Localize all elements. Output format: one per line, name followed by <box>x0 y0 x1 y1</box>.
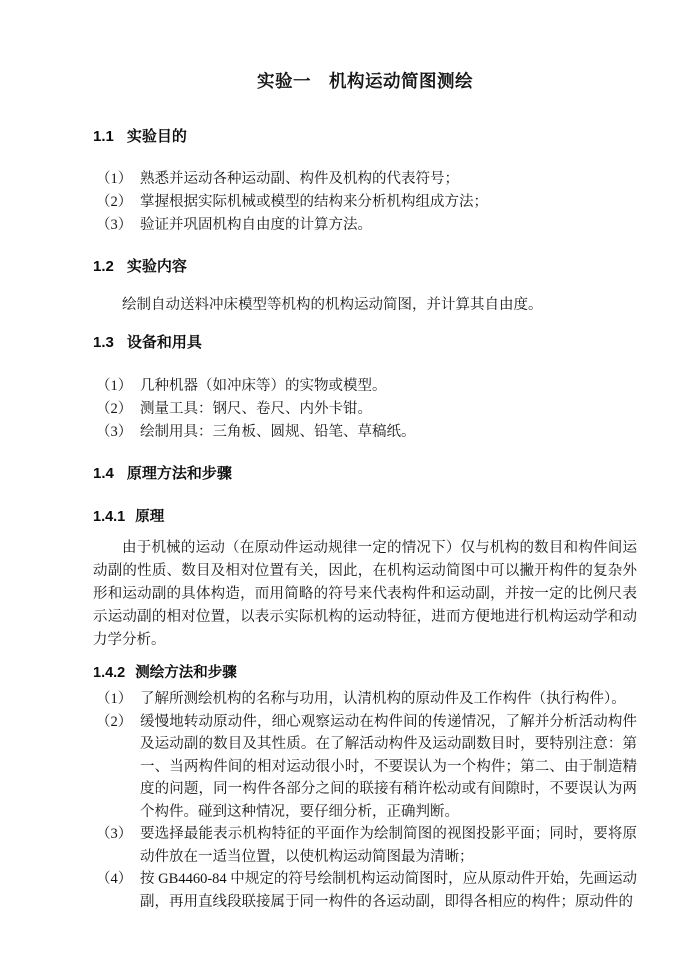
list-item: （2） 测量工具：钢尺、卷尺、内外卡钳。 <box>93 398 637 421</box>
section-title: 设备和用具 <box>127 334 202 352</box>
section-heading-1-4-1: 1.4.1 原理 <box>93 508 637 526</box>
item-text: 绘制用具：三角板、圆规、铅笔、草稿纸。 <box>140 421 637 444</box>
list-item: （4） 按 GB4460-84 中规定的符号绘制机构运动简图时，应从原动件开始，… <box>93 868 637 913</box>
item-text: 按 GB4460-84 中规定的符号绘制机构运动简图时，应从原动件开始，先画运动… <box>140 868 637 913</box>
section-number: 1.4.2 <box>93 664 125 682</box>
steps-list: （1） 了解所测绘机构的名称与功用，认清机构的原动件及工作构件（执行构件）。 （… <box>93 688 637 913</box>
item-marker: （1） <box>93 688 140 711</box>
list-item: （3） 验证并巩固机构自由度的计算方法。 <box>93 214 637 237</box>
item-text: 几种机器（如冲床等）的实物或模型。 <box>140 375 637 398</box>
item-marker: （3） <box>93 823 140 868</box>
item-text: 缓慢地转动原动件，细心观察运动在构件间的传递情况，了解并分析活动构件及运动副的数… <box>140 711 637 824</box>
list-item: （3） 绘制用具：三角板、圆规、铅笔、草稿纸。 <box>93 421 637 444</box>
section-number: 1.2 <box>93 258 114 276</box>
item-text: 掌握根据实际机械或模型的结构来分析机构组成方法； <box>140 191 637 214</box>
item-marker: （2） <box>93 711 140 824</box>
list-item: （1） 熟悉并运动各种运动副、构件及机构的代表符号； <box>93 168 637 191</box>
document-page: 实验一 机构运动简图测绘 1.1 实验目的 （1） 熟悉并运动各种运动副、构件及… <box>0 0 696 968</box>
principle-paragraph: 由于机械的运动（在原动件运动规律一定的情况下）仅与机构的数目和构件间运动副的性质… <box>93 537 637 652</box>
list-item: （3） 要选择最能表示机构特征的平面作为绘制简图的视图投影平面；同时，要将原动件… <box>93 823 637 868</box>
section-title: 实验目的 <box>127 128 187 146</box>
item-text: 要选择最能表示机构特征的平面作为绘制简图的视图投影平面；同时，要将原动件放在一适… <box>140 823 637 868</box>
section-number: 1.1 <box>93 128 114 146</box>
content-paragraph: 绘制自动送料冲床模型等机构的机构运动简图，并计算其自由度。 <box>93 294 637 317</box>
item-marker: （2） <box>93 398 140 421</box>
item-marker: （1） <box>93 375 140 398</box>
section-number: 1.4.1 <box>93 508 125 526</box>
section-heading-1-2: 1.2 实验内容 <box>93 258 637 276</box>
item-marker: （2） <box>93 191 140 214</box>
section-title: 原理方法和步骤 <box>127 465 232 483</box>
document-title: 实验一 机构运动简图测绘 <box>93 70 637 92</box>
section-number: 1.3 <box>93 334 114 352</box>
section-heading-1-3: 1.3 设备和用具 <box>93 334 637 352</box>
list-item: （2） 掌握根据实际机械或模型的结构来分析机构组成方法； <box>93 191 637 214</box>
section-heading-1-4-2: 1.4.2 测绘方法和步骤 <box>93 664 637 682</box>
item-text: 了解所测绘机构的名称与功用，认清机构的原动件及工作构件（执行构件）。 <box>140 688 637 711</box>
list-item: （2） 缓慢地转动原动件，细心观察运动在构件间的传递情况，了解并分析活动构件及运… <box>93 711 637 824</box>
equipment-list: （1） 几种机器（如冲床等）的实物或模型。 （2） 测量工具：钢尺、卷尺、内外卡… <box>93 375 637 444</box>
list-item: （1） 几种机器（如冲床等）的实物或模型。 <box>93 375 637 398</box>
item-marker: （4） <box>93 868 140 913</box>
item-text: 测量工具：钢尺、卷尺、内外卡钳。 <box>140 398 637 421</box>
section-title: 实验内容 <box>127 258 187 276</box>
item-marker: （3） <box>93 214 140 237</box>
section-heading-1-4: 1.4 原理方法和步骤 <box>93 465 637 483</box>
section-number: 1.4 <box>93 465 114 483</box>
item-marker: （1） <box>93 168 140 191</box>
list-item: （1） 了解所测绘机构的名称与功用，认清机构的原动件及工作构件（执行构件）。 <box>93 688 637 711</box>
item-text: 验证并巩固机构自由度的计算方法。 <box>140 214 637 237</box>
section-heading-1-1: 1.1 实验目的 <box>93 128 637 146</box>
section-title: 测绘方法和步骤 <box>135 664 237 682</box>
section-title: 原理 <box>135 508 164 526</box>
goals-list: （1） 熟悉并运动各种运动副、构件及机构的代表符号； （2） 掌握根据实际机械或… <box>93 168 637 237</box>
item-text: 熟悉并运动各种运动副、构件及机构的代表符号； <box>140 168 637 191</box>
item-marker: （3） <box>93 421 140 444</box>
